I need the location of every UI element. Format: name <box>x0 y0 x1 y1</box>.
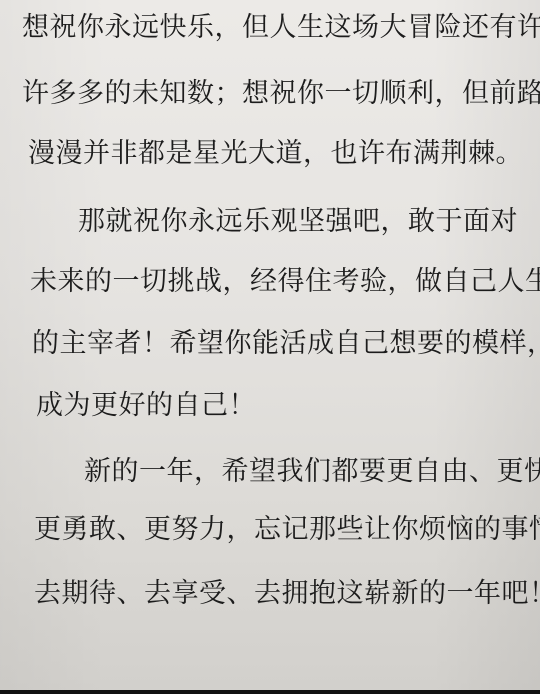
text-line: 漫漫并非都是星光大道，也许布满荆棘。 <box>28 140 523 167</box>
paper-sheet: 想祝你永远快乐，但人生这场大冒险还有许 许多多的未知数；想祝你一切顺利，但前路 … <box>0 0 540 690</box>
text-line: 成为更好的自己！ <box>36 392 256 419</box>
text-line: 未来的一切挑战，经得住考验，做自己人生 <box>30 268 540 295</box>
text-line: 许多多的未知数；想祝你一切顺利，但前路 <box>22 80 540 107</box>
text-line: 去期待、去享受、去拥抱这崭新的一年吧！ <box>34 580 540 607</box>
text-line: 想祝你永远快乐，但人生这场大冒险还有许 <box>22 14 540 41</box>
text-line: 的主宰者！希望你能活成自己想要的模样， <box>32 330 540 357</box>
text-line: 更勇敢、更努力，忘记那些让你烦恼的事情， <box>34 516 540 543</box>
text-line: 那就祝你永远乐观坚强吧，敢于面对 <box>78 208 518 235</box>
image-bottom-edge <box>0 690 540 694</box>
text-line: 新的一年，希望我们都要更自由、更快乐、 <box>84 458 540 485</box>
